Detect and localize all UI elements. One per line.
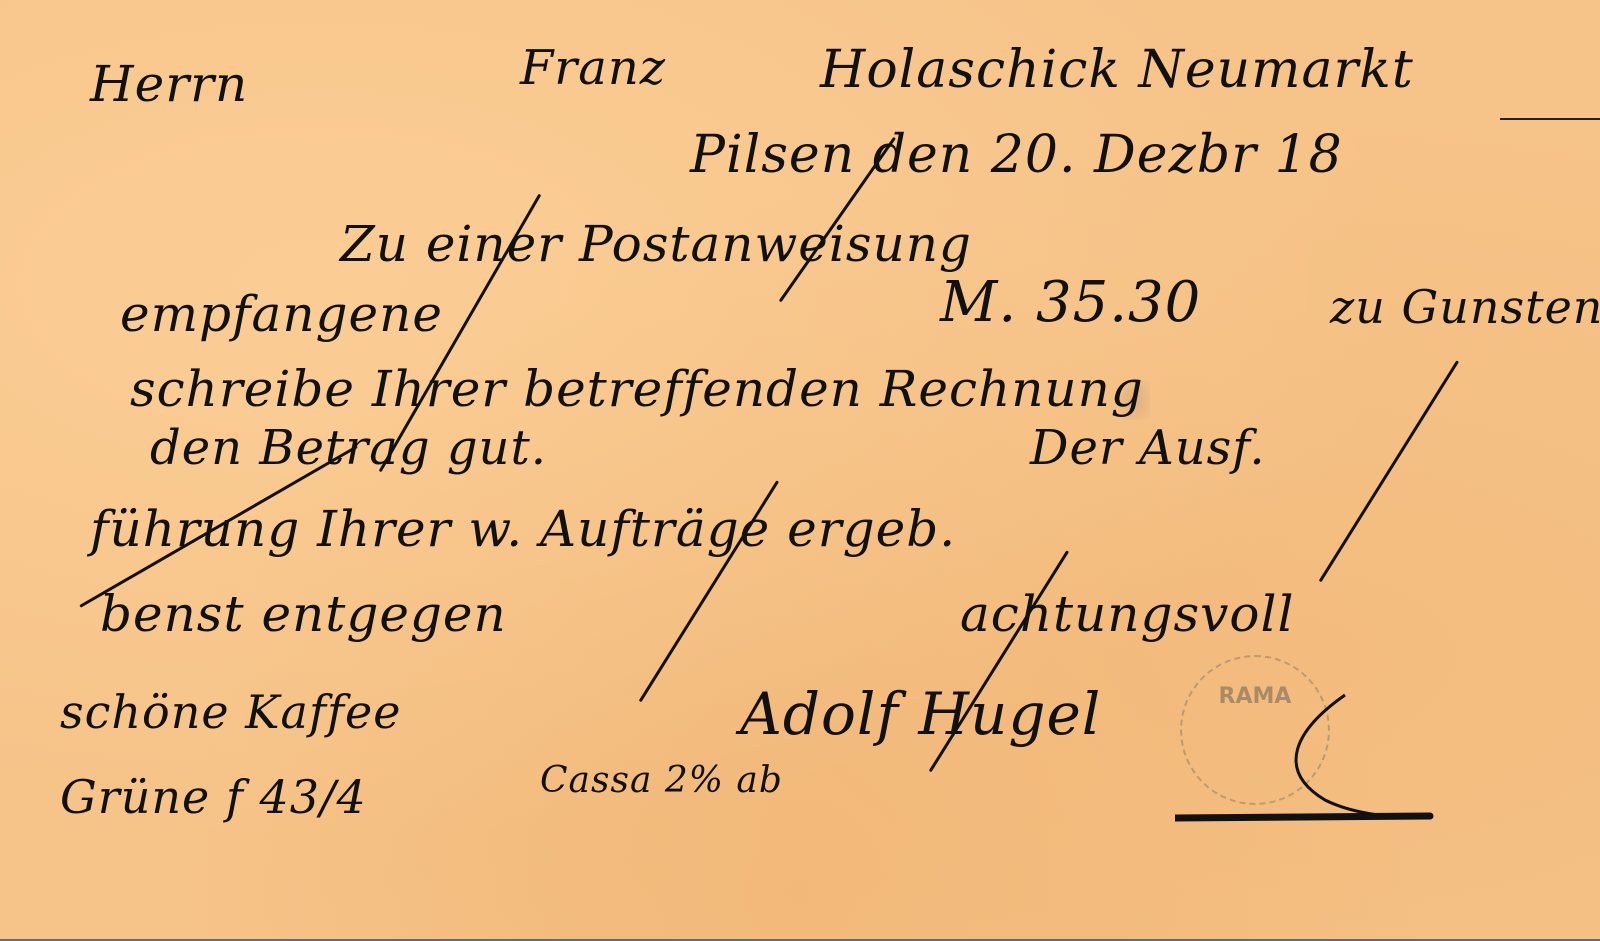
signature: Adolf Hugel	[740, 680, 1101, 748]
body-line-5: führung Ihrer w. Aufträge ergeb.	[90, 500, 956, 558]
amount: M. 35.30	[940, 270, 1201, 335]
body-line-2b: zu Gunsten	[1330, 280, 1600, 334]
recipient-first-name: Franz	[520, 40, 666, 96]
body-line-6b: achtungsvoll	[960, 585, 1295, 643]
note-line: Grüne f 43/4	[60, 770, 367, 824]
date-underline	[1500, 118, 1600, 120]
recipient-name-location: Holaschick Neumarkt	[820, 40, 1414, 100]
body-line-1: Zu einer Postanweisung	[340, 215, 972, 273]
note-extra: Cassa 2% ab	[540, 760, 783, 801]
descender-stroke	[1319, 360, 1459, 582]
body-line-4b: Der Ausf.	[1030, 420, 1266, 476]
closing-greeting: schöne Kaffee	[60, 685, 401, 739]
body-line-2: empfangene	[120, 285, 443, 343]
postcard: Herrn Franz Holaschick Neumarkt Pilsen d…	[0, 0, 1600, 941]
signature-flourish-icon	[1175, 690, 1435, 825]
place-and-date: Pilsen den 20. Dezbr 18	[690, 125, 1343, 185]
body-line-4: den Betrag gut.	[150, 420, 547, 476]
salutation: Herrn	[90, 55, 248, 113]
body-line-3: schreibe Ihrer betreffenden Rechnung	[130, 360, 1144, 418]
body-line-6: benst entgegen	[100, 585, 507, 643]
